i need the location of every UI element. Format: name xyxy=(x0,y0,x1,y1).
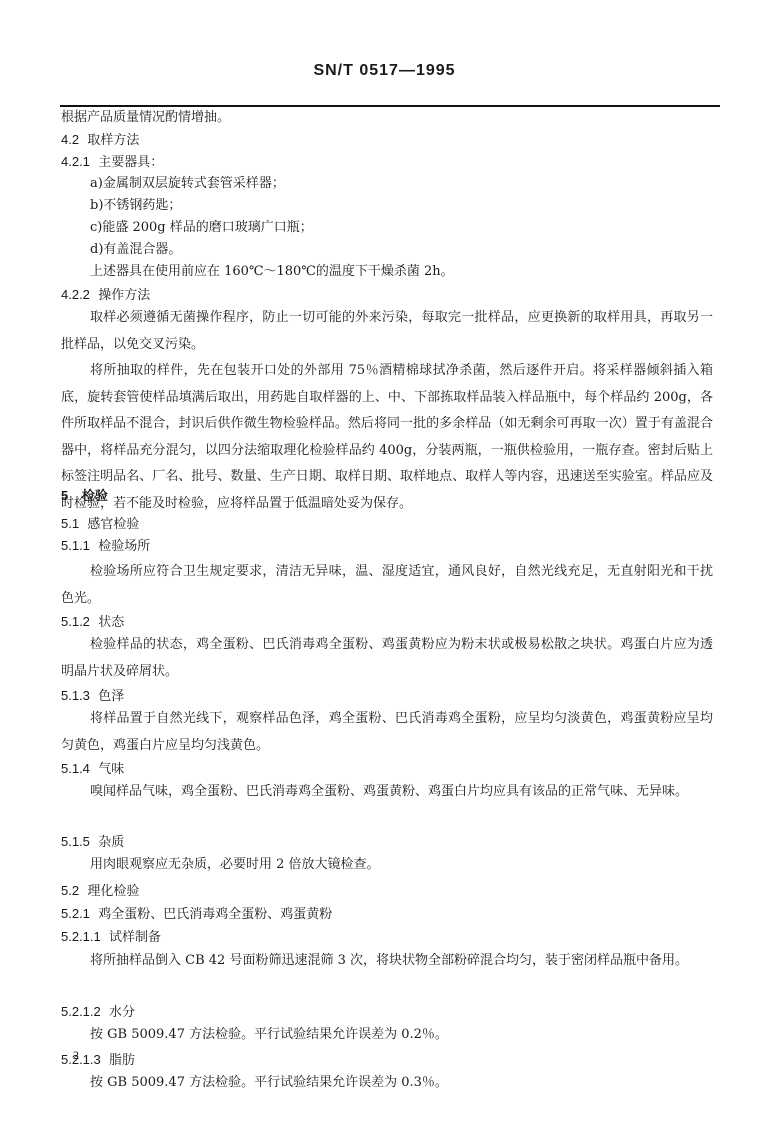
section-heading-5-2-1-2: 5.2.1.2 水分 xyxy=(61,1002,135,1023)
section-heading-5-1-5: 5.1.5 杂质 xyxy=(61,832,124,853)
page-number: 2 xyxy=(73,1048,79,1063)
section-heading-5-1-2: 5.1.2 状态 xyxy=(61,612,124,633)
section-heading-5-1-4: 5.1.4 气味 xyxy=(61,759,124,780)
section-heading-4-2: 4.2 取样方法 xyxy=(61,130,139,151)
list-item-d: d)有盖混合器。 xyxy=(90,240,181,260)
section-heading-5-1-3: 5.1.3 色泽 xyxy=(61,686,124,707)
list-item-b: b)不锈钢药匙； xyxy=(90,196,181,216)
paragraph: 按 GB 5009.47 方法检验。平行试验结果允许误差为 0.3％。 xyxy=(61,1070,713,1097)
standard-code-header: SN/T 0517—1995 xyxy=(0,62,769,80)
section-heading-5-2: 5.2 理化检验 xyxy=(61,881,139,902)
section-heading-5-1: 5.1 感官检验 xyxy=(61,514,139,535)
paragraph: 嗅闻样品气味，鸡全蛋粉、巴氏消毒鸡全蛋粉、鸡蛋黄粉、鸡蛋白片均应具有该品的正常气… xyxy=(61,779,713,806)
section-heading-5: 5 检验 xyxy=(61,486,108,507)
paragraph: 将所抽样品倒入 CB 42 号面粉筛迅速混筛 3 次，将块状物全部粉碎混合均匀，… xyxy=(61,948,713,975)
section-heading-4-2-1: 4.2.1 主要器具： xyxy=(61,152,163,173)
section-heading-4-2-2: 4.2.2 操作方法 xyxy=(61,285,150,306)
paragraph: 检验场所应符合卫生规定要求，清洁无异味，温、湿度适宜，通风良好，自然光线充足，无… xyxy=(61,559,713,612)
paragraph: 根据产品质量情况酌情增抽。 xyxy=(61,108,230,128)
paragraph: 检验样品的状态，鸡全蛋粉、巴氏消毒鸡全蛋粉、鸡蛋黄粉应为粉末状或极易松散之块状。… xyxy=(61,632,713,685)
paragraph: 用肉眼观察应无杂质，必要时用 2 倍放大镜检查。 xyxy=(61,852,713,879)
paragraph: 按 GB 5009.47 方法检验。平行试验结果允许误差为 0.2％。 xyxy=(61,1022,713,1049)
list-item-c: c)能盛 200g 样品的磨口玻璃广口瓶； xyxy=(90,218,313,238)
list-item-a: a)金属制双层旋转式套管采样器； xyxy=(90,174,285,194)
paragraph: 取样必须遵循无菌操作程序，防止一切可能的外来污染，每取完一批样品，应更换新的取样… xyxy=(61,305,713,358)
header-rule xyxy=(60,105,720,107)
section-heading-5-2-1: 5.2.1 鸡全蛋粉、巴氏消毒鸡全蛋粉、鸡蛋黄粉 xyxy=(61,904,332,925)
paragraph: 将样品置于自然光线下，观察样品色泽，鸡全蛋粉、巴氏消毒鸡全蛋粉，应呈均匀淡黄色，… xyxy=(61,706,713,759)
paragraph: 将所抽取的样件，先在包装开口处的外部用 75％酒精棉球拭净杀菌，然后逐件开启。将… xyxy=(61,358,713,517)
sterilization-note: 上述器具在使用前应在 160℃～180℃的温度下干燥杀菌 2h。 xyxy=(90,262,454,282)
section-heading-5-1-1: 5.1.1 检验场所 xyxy=(61,536,150,557)
section-heading-5-2-1-1: 5.2.1.1 试样制备 xyxy=(61,927,161,948)
